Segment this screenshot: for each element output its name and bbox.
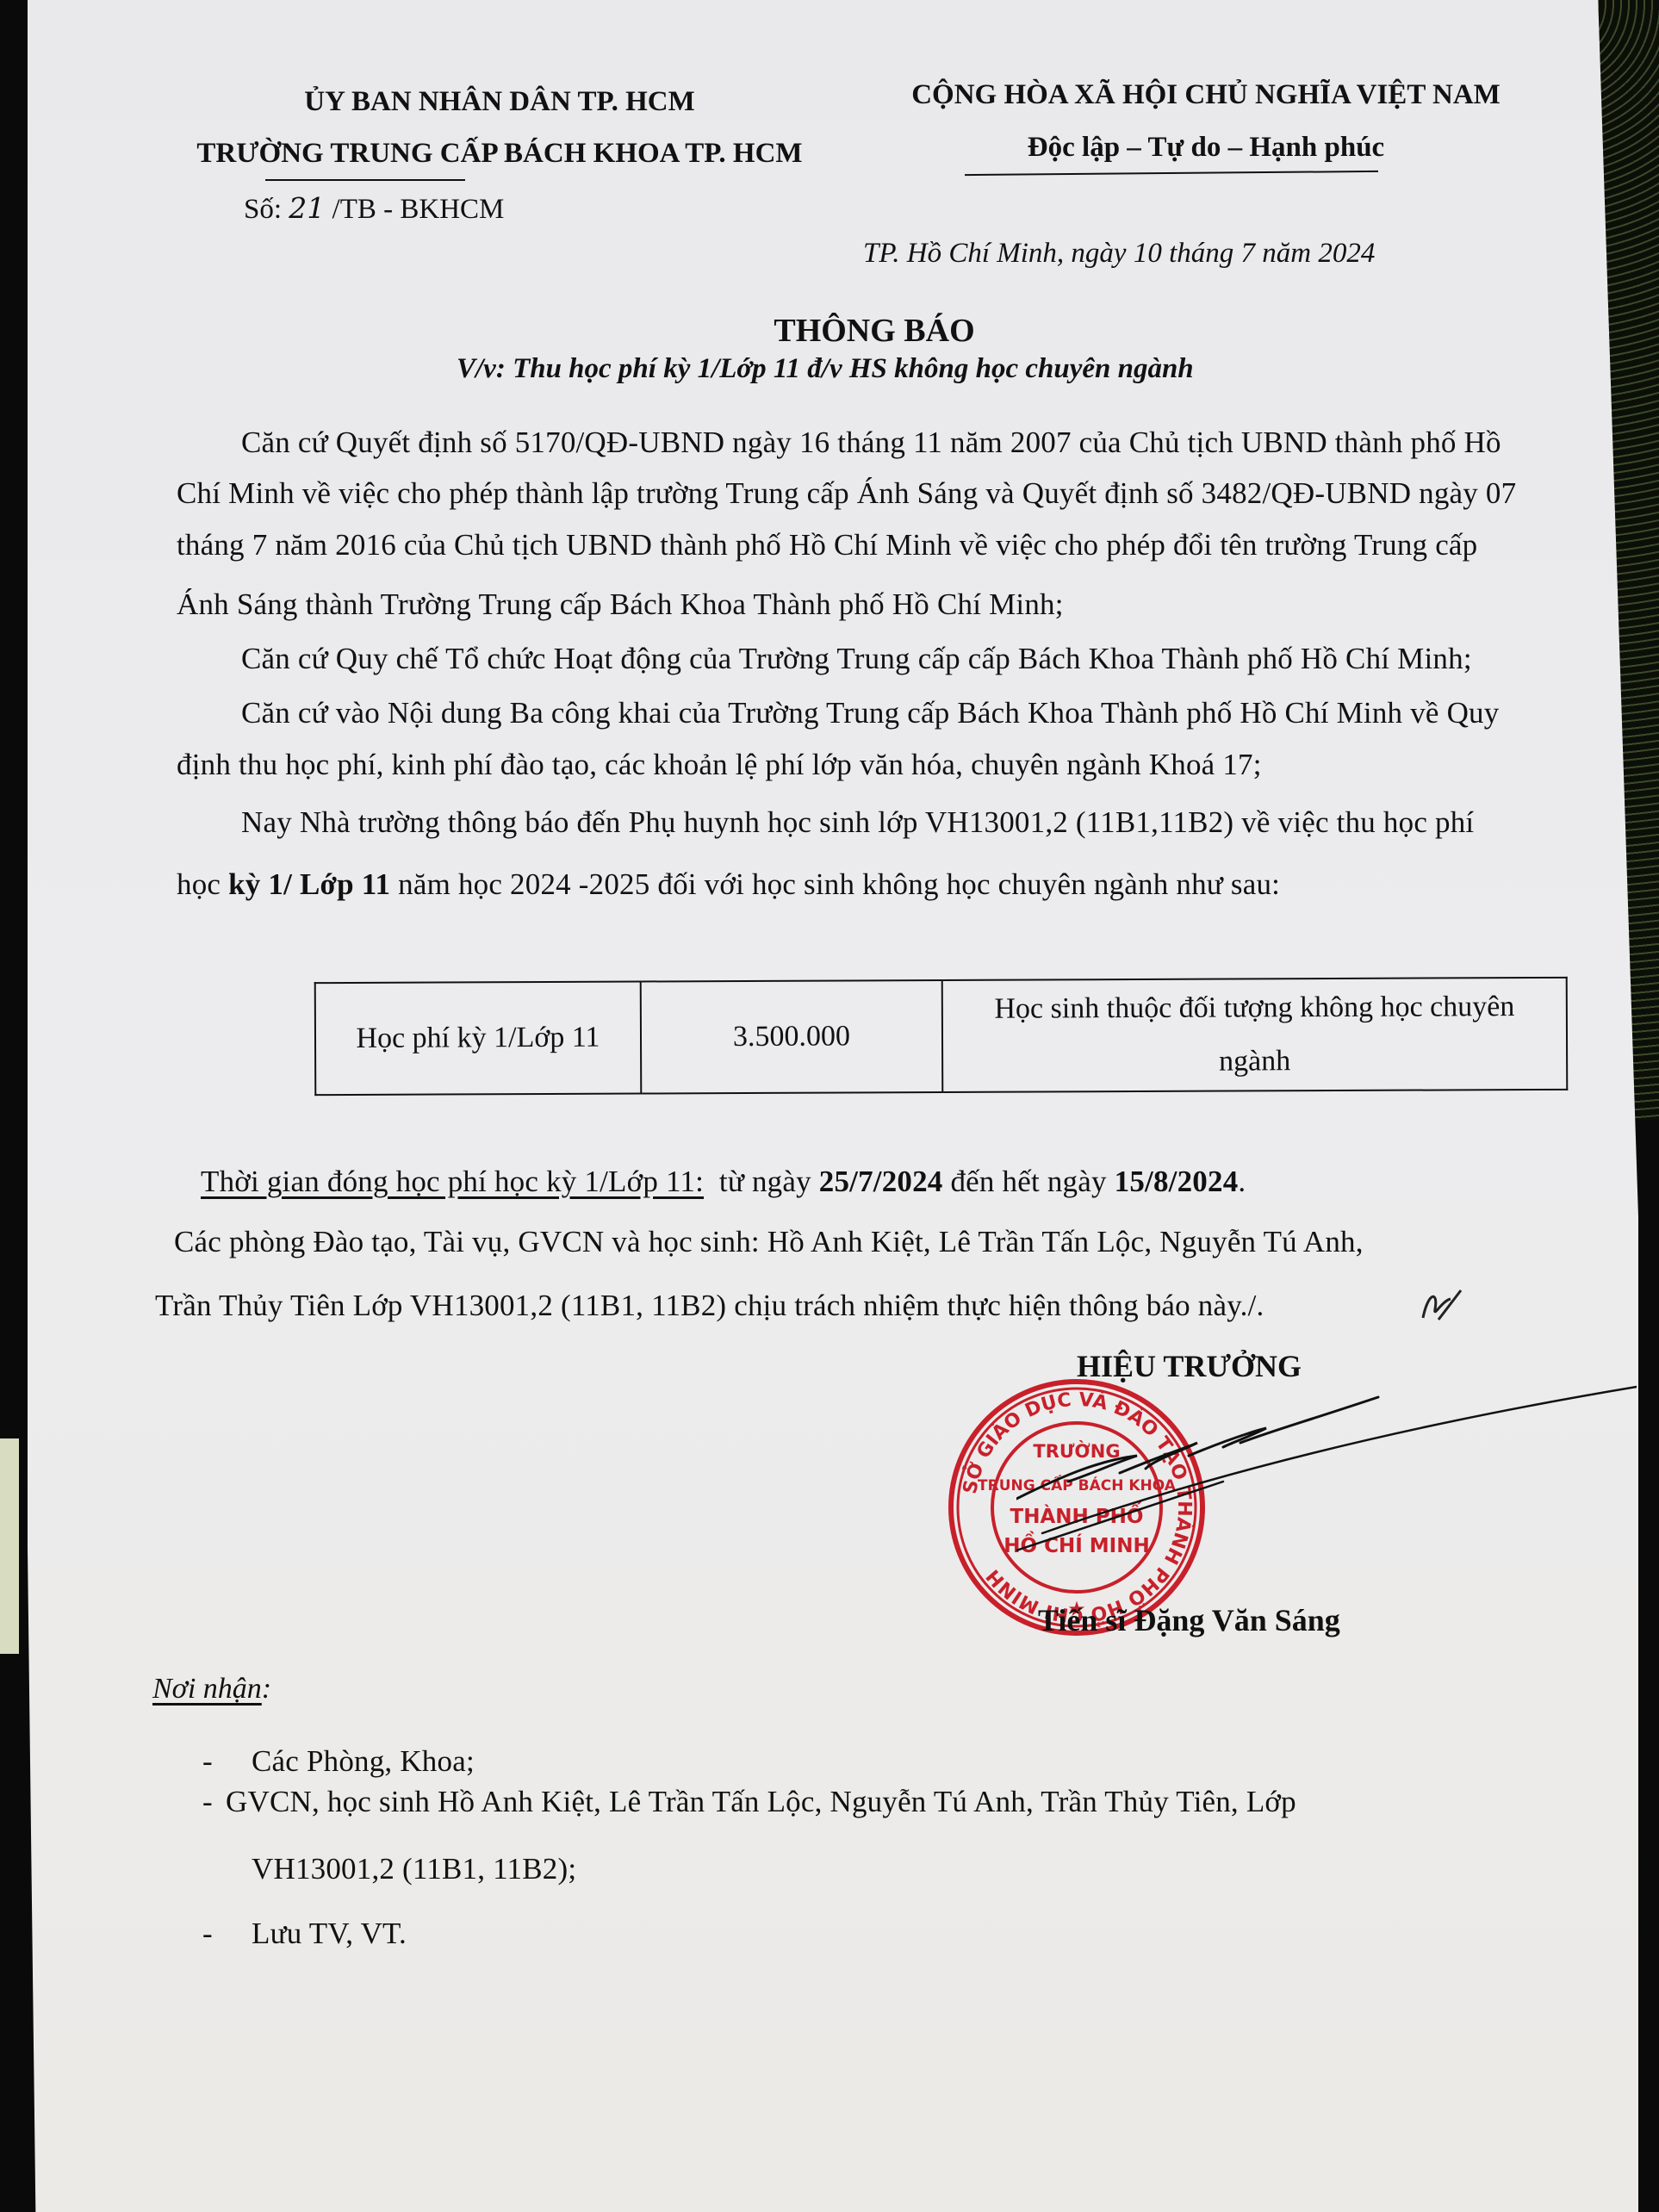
body-para2: Căn cứ Quy chế Tổ chức Hoạt động của Trư…: [241, 642, 1472, 676]
payment-deadline: Thời gian đóng học phí học kỳ 1/Lớp 11: …: [201, 1165, 1246, 1199]
fee-item-cell: Học phí kỳ 1/Lớp 11: [315, 982, 642, 1096]
body-para1-line1: Căn cứ Quyết định số 5170/QĐ-UBND ngày 1…: [241, 426, 1501, 460]
signatory-name: Tiến sĩ Đặng Văn Sáng: [1038, 1602, 1340, 1638]
body-para1-line3: tháng 7 năm 2016 của Chủ tịch UBND thành…: [177, 528, 1477, 562]
initials-mark-icon: [1413, 1283, 1464, 1335]
body-para3-line2: định thu học phí, kinh phí đào tạo, các …: [177, 748, 1262, 782]
header-left-rule: [265, 179, 465, 181]
national-motto: Độc lập – Tự do – Hạnh phúc: [861, 132, 1550, 164]
body-para1-line4: Ánh Sáng thành Trường Trung cấp Bách Kho…: [177, 587, 1064, 622]
recipient-item-2: GVCN, học sinh Hồ Anh Kiệt, Lê Trần Tấn …: [226, 1785, 1296, 1819]
fee-amount-cell: 3.500.000: [641, 980, 943, 1094]
recipient-item-2-cont: VH13001,2 (11B1, 11B2);: [252, 1852, 576, 1886]
deadline-start-date: 25/7/2024: [819, 1165, 943, 1198]
recipient-item-3: Lưu TV, VT.: [252, 1917, 407, 1951]
notice-subject: V/v: Thu học phí kỳ 1/Lớp 11 đ/v HS khôn…: [457, 353, 1194, 385]
responsibility-line2: Trần Thủy Tiên Lớp VH13001,2 (11B1, 11B2…: [155, 1289, 1264, 1323]
deadline-end-date: 15/8/2024: [1115, 1165, 1239, 1198]
country-name: CỘNG HÒA XÃ HỘI CHỦ NGHĨA VIỆT NAM: [861, 79, 1550, 111]
table-row: Học phí kỳ 1/Lớp 11 3.500.000 Học sinh t…: [315, 978, 1568, 1095]
recipients-label: Nơi nhận: [152, 1673, 262, 1705]
recipient-bullet: -: [202, 1917, 213, 1951]
place-date: TP. Hồ Chí Minh, ngày 10 tháng 7 năm 202…: [863, 238, 1375, 270]
deadline-from: từ ngày: [704, 1165, 819, 1198]
recipient-item-1: Các Phòng, Khoa;: [252, 1744, 475, 1779]
school-name: TRƯỜNG TRUNG CẤP BÁCH KHOA TP. HCM: [155, 138, 844, 170]
recipients-heading: Nơi nhận:: [152, 1673, 271, 1706]
recipients-colon: :: [262, 1673, 271, 1705]
doc-number-suffix: /TB - BKHCM: [325, 194, 504, 225]
background-object: [0, 1438, 19, 1654]
responsibility-line1: Các phòng Đào tạo, Tài vụ, GVCN và học s…: [174, 1225, 1364, 1259]
handwritten-signature-icon: [1016, 1378, 1637, 1568]
document-number: Số: 21 /TB - BKHCM: [244, 191, 504, 226]
para4-pre: học: [177, 867, 228, 901]
doc-number-prefix: Số:: [244, 194, 289, 225]
body-para4-line2: học kỳ 1/ Lớp 11 năm học 2024 -2025 đối …: [177, 867, 1280, 902]
body-para4-line1: Nay Nhà trường thông báo đến Phụ huynh h…: [241, 805, 1474, 840]
fee-note-cell: Học sinh thuộc đối tượng không học chuyê…: [942, 978, 1568, 1092]
para4-post: năm học 2024 -2025 đối với học sinh khôn…: [390, 867, 1280, 901]
deadline-to: đến hết ngày: [943, 1165, 1115, 1198]
doc-number-handwritten: 21: [289, 191, 325, 225]
issuing-authority: ỦY BAN NHÂN DÂN TP. HCM: [155, 86, 844, 118]
body-para3-line1: Căn cứ vào Nội dung Ba công khai của Trư…: [241, 696, 1499, 730]
para4-term: kỳ 1/ Lớp 11: [228, 867, 390, 901]
deadline-label: Thời gian đóng học phí học kỳ 1/Lớp 11:: [201, 1165, 704, 1198]
recipient-bullet: -: [202, 1785, 213, 1819]
deadline-punct: .: [1238, 1165, 1246, 1198]
notice-title: THÔNG BÁO: [431, 312, 1318, 350]
fee-table: Học phí kỳ 1/Lớp 11 3.500.000 Học sinh t…: [314, 977, 1569, 1096]
recipient-bullet: -: [202, 1744, 213, 1779]
body-para1-line2: Chí Minh về việc cho phép thành lập trườ…: [177, 476, 1516, 511]
